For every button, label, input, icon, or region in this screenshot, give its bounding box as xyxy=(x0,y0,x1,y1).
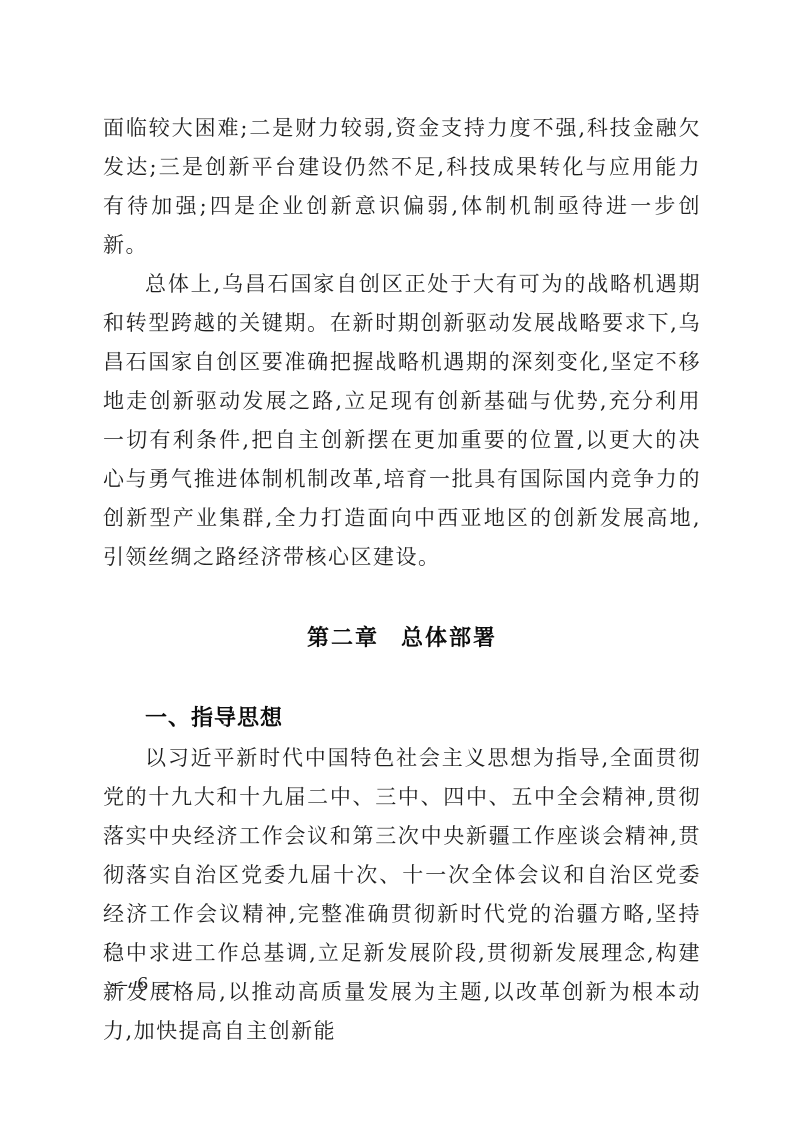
paragraph-continuation: 面临较大困难;二是财力较弱,资金支持力度不强,科技金融欠发达;三是创新平台建设仍… xyxy=(103,109,701,265)
page-number: 6 xyxy=(137,974,148,995)
chapter-heading: 第二章总体部署 xyxy=(103,623,701,653)
chapter-title: 总体部署 xyxy=(401,625,497,650)
page-body: 面临较大困难;二是财力较弱,资金支持力度不强,科技金融欠发达;三是创新平台建设仍… xyxy=(103,109,701,1051)
footer-dash-right: — xyxy=(157,974,175,995)
page-footer: — 6 — xyxy=(110,974,175,995)
section-heading: 一、指导思想 xyxy=(103,703,701,733)
footer-dash-left: — xyxy=(110,974,128,995)
paragraph-guiding-ideology: 以习近平新时代中国特色社会主义思想为指导,全面贯彻党的十九大和十九届二中、三中、… xyxy=(103,739,701,1051)
chapter-number: 第二章 xyxy=(307,625,379,650)
document-page: 面临较大困难;二是财力较弱,资金支持力度不强,科技金融欠发达;三是创新平台建设仍… xyxy=(0,0,793,1122)
paragraph-overall-situation: 总体上,乌昌石国家自创区正处于大有可为的战略机遇期和转型跨越的关键期。在新时期创… xyxy=(103,265,701,577)
